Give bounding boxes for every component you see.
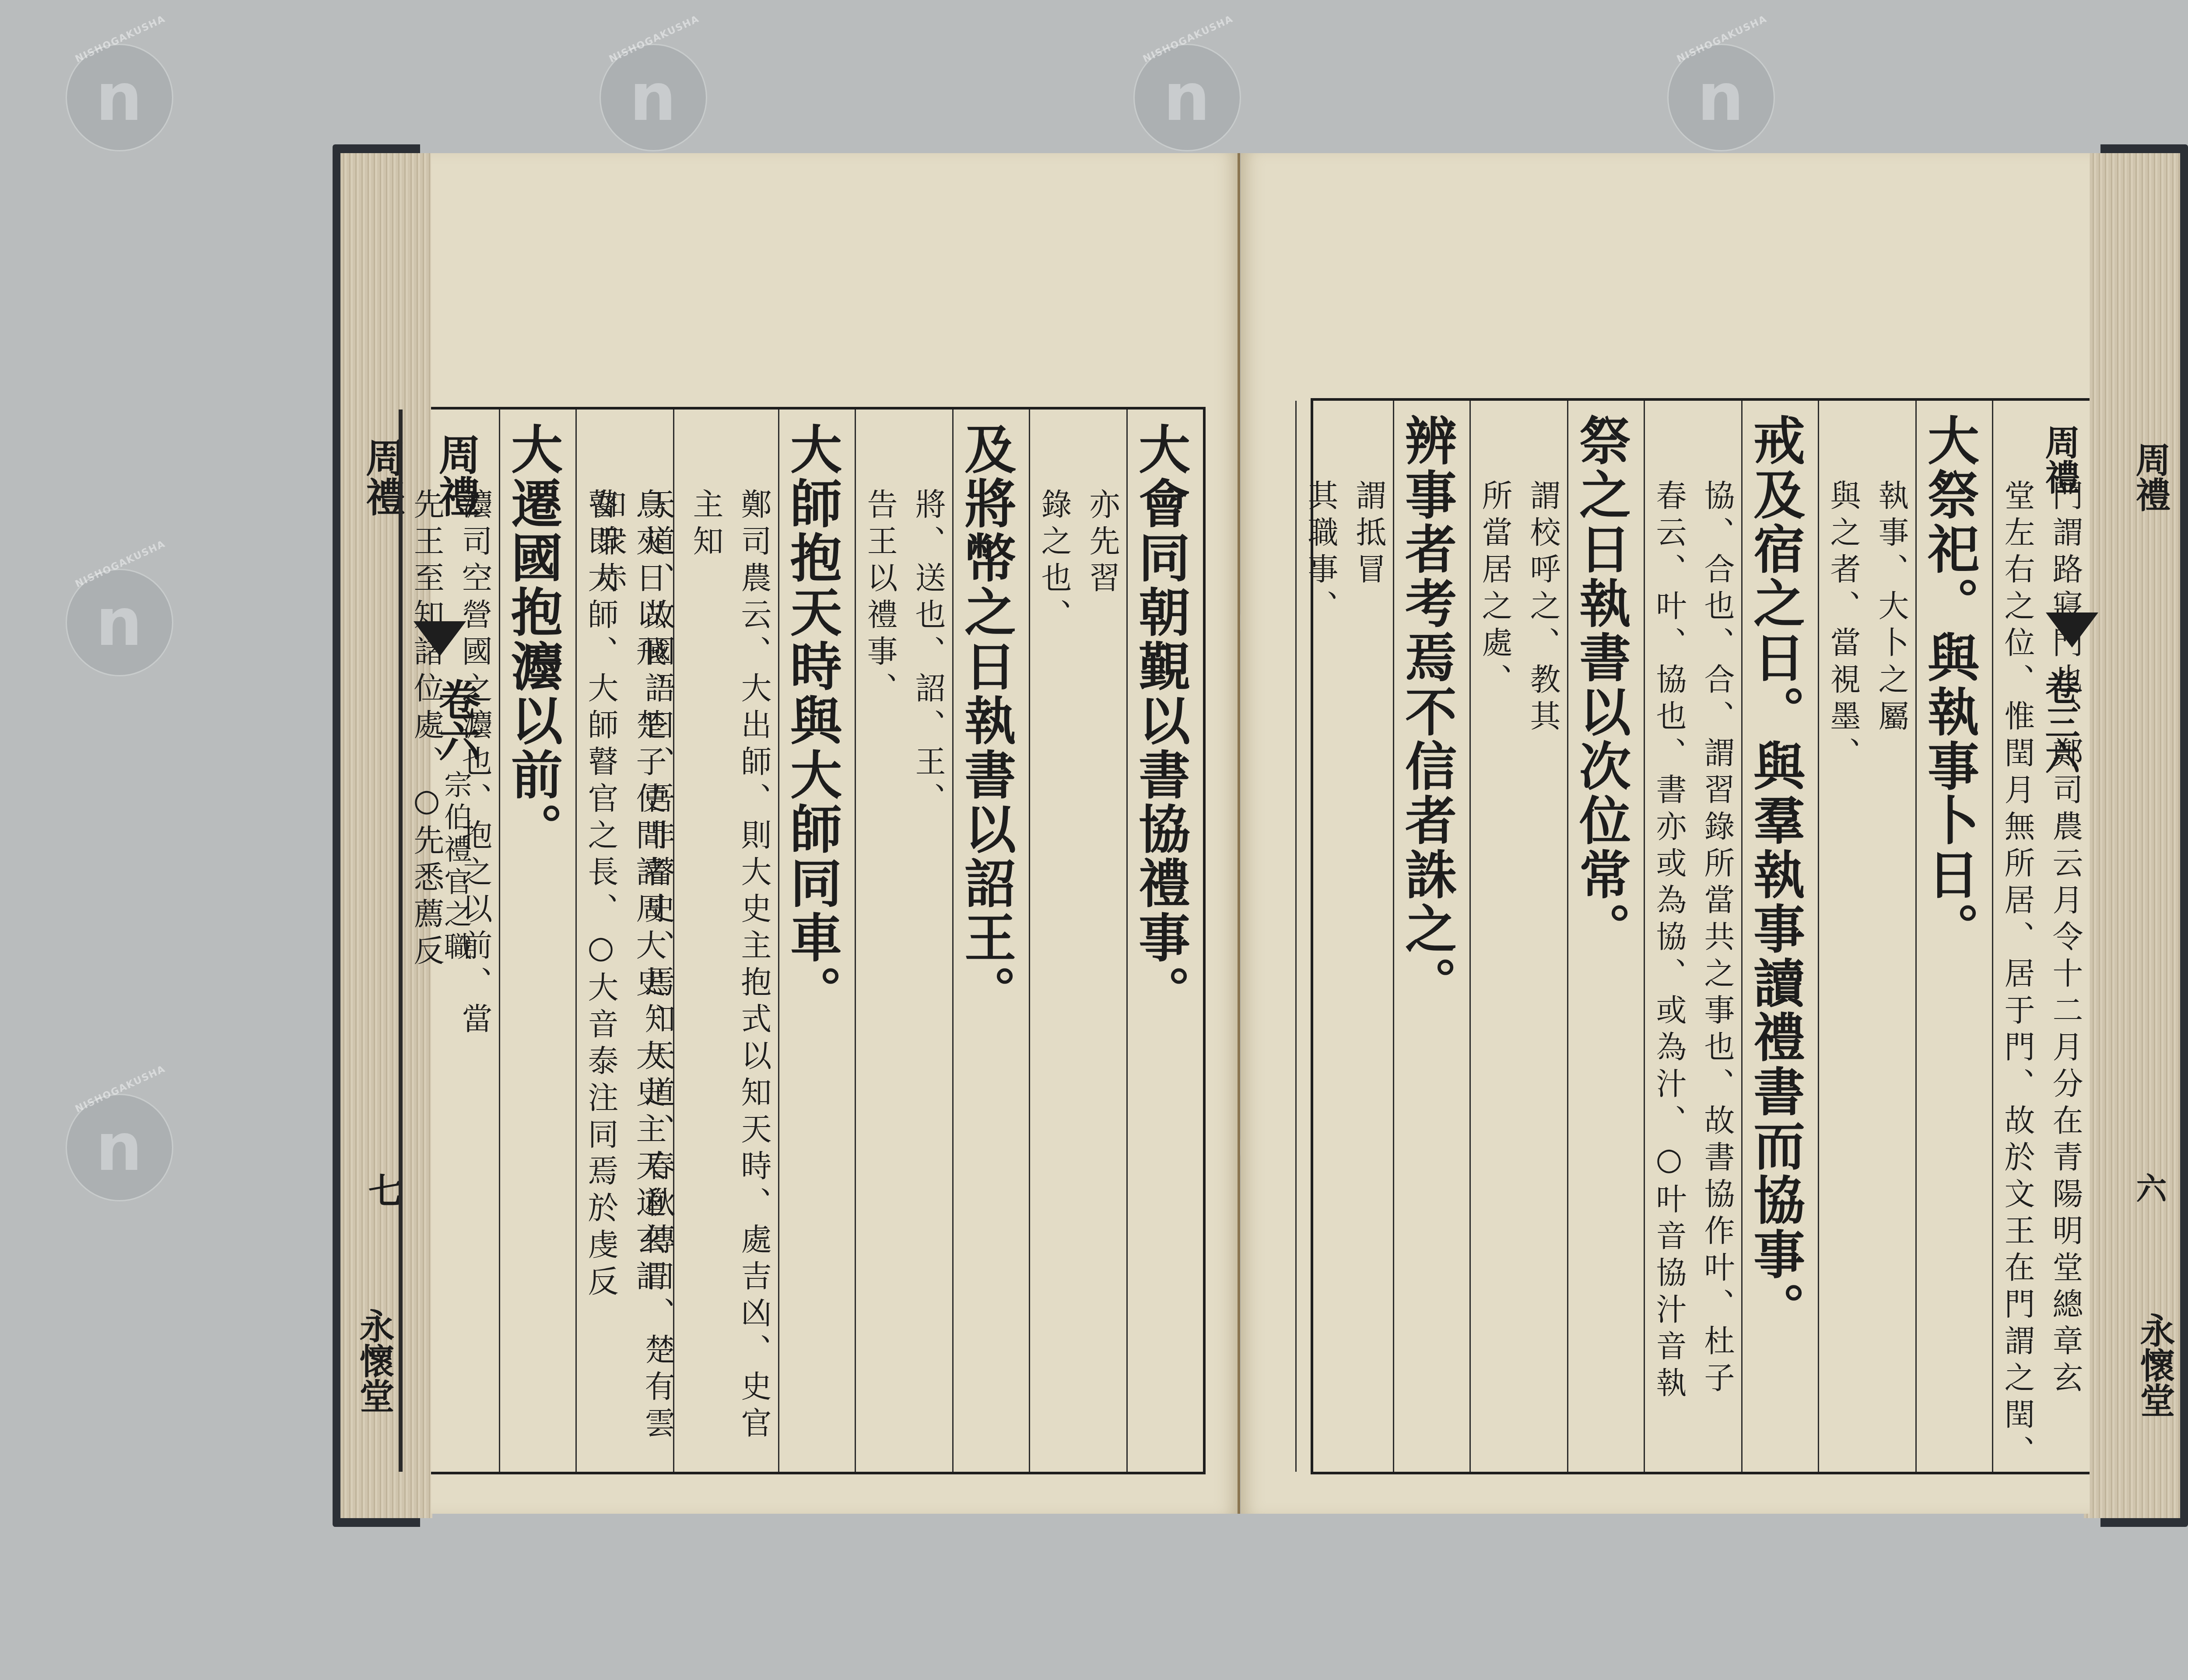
main-text-column: 祭之日執書以次位常。 <box>1567 401 1644 1472</box>
commentary-column: 協、合也、合、謂習錄所當共之事也、故書協作叶、杜子春云、叶、協也、書亦或為協、或… <box>1644 401 1741 1472</box>
left-page: 大會同朝覲以書協禮事。亦先習錄之也、及將幣之日執書以詔王。將、送也、詔、王、告王… <box>431 153 1238 1514</box>
commentary-line: 與之者、當視墨、 <box>1819 479 1867 1472</box>
main-text-column: 及將幣之日執書以詔王。 <box>952 409 1029 1472</box>
book-gutter <box>1238 153 1240 1514</box>
open-book: 周禮 七 永懷堂 周禮 六 永懷堂 大會同朝覲以書協禮事。亦先習錄之也、及將幣之… <box>333 144 2188 1527</box>
commentary-text: 將、送也、詔、王、告王以禮事、 <box>856 423 952 1472</box>
commentary-line: 春云、叶、協也、書亦或為協、或為汁、○叶音協汁音執 <box>1645 479 1693 1472</box>
fishtail-mark-icon <box>414 621 466 656</box>
commentary-text: 亦先習錄之也、 <box>1030 423 1126 1472</box>
nishogakusha-logo-icon: NISHOGAKUSHAn <box>1133 44 1241 151</box>
commentary-text: 鳥夾日以飛、楚子使問諸周大史、大史主天道玄謂瞽即大師、大師瞽官之長、○大音泰注同… <box>577 423 673 1472</box>
commentary-line: 執事、大卜之屬 <box>1867 479 1915 1472</box>
main-text-column: 大師抱天時與大師同車。 <box>778 409 855 1472</box>
left-banxin-section: 宗伯禮官之職 <box>435 770 476 964</box>
commentary-line: 鳥夾日以飛、楚子使問諸周大史、大史主天道玄謂 <box>625 488 673 1472</box>
page-stack-right: 周禮 六 永懷堂 <box>2084 153 2180 1518</box>
commentary-column: 亦先習錄之也、 <box>1029 409 1126 1472</box>
commentary-line: 謂抵冒 <box>1345 479 1393 1472</box>
commentary-line: 謂校呼之、教其 <box>1519 479 1567 1472</box>
left-banxin-juan: 卷六 <box>427 678 487 762</box>
commentary-line: 堂左右之位、惟閏月無所居、居于門、故於文王在門謂之閏、 <box>1993 479 2041 1472</box>
commentary-text: 謂校呼之、教其所當居之處、 <box>1471 414 1567 1472</box>
commentary-text: 門謂路寢門也、鄭司農云月令十二月分在青陽明堂總章玄堂左右之位、惟閏月無所居、居于… <box>1993 414 2090 1472</box>
commentary-line: 其職事、 <box>1297 479 1345 1472</box>
left-banxin-title: 周禮 <box>427 433 487 517</box>
main-text-column: 大會同朝覲以書協禮事。 <box>1126 409 1203 1472</box>
nishogakusha-logo-icon: NISHOGAKUSHAn <box>66 1094 173 1201</box>
right-banxin-title: 周禮 <box>2035 424 2085 494</box>
blank-column <box>400 409 401 1472</box>
commentary-text: 協、合也、合、謂習錄所當共之事也、故書協作叶、杜子春云、叶、協也、書亦或為協、或… <box>1645 414 1741 1472</box>
commentary-column: 謂校呼之、教其所當居之處、 <box>1469 401 1567 1472</box>
commentary-text: 執事、大卜之屬與之者、當視墨、 <box>1819 414 1915 1472</box>
left-page-frame: 大會同朝覲以書協禮事。亦先習錄之也、及將幣之日執書以詔王。將、送也、詔、王、告王… <box>431 407 1206 1474</box>
commentary-column: 鄭司農云、大出師、則大史主抱式以知天時、處吉凶、史官主知天道、故國語曰、吾非瞽史… <box>673 409 778 1472</box>
commentary-column: 門謂路寢門也、鄭司農云月令十二月分在青陽明堂總章玄堂左右之位、惟閏月無所居、居于… <box>1992 401 2090 1472</box>
fore-edge-page-number-right: 六 <box>2127 1172 2171 1203</box>
nishogakusha-logo-icon: NISHOGAKUSHAn <box>600 44 707 151</box>
commentary-line: 錄之也、 <box>1030 488 1078 1472</box>
left-page-columns: 大會同朝覲以書協禮事。亦先習錄之也、及將幣之日執書以詔王。將、送也、詔、王、告王… <box>431 409 1203 1472</box>
commentary-line: 協、合也、合、謂習錄所當共之事也、故書協作叶、杜子 <box>1693 479 1741 1472</box>
commentary-column: 將、送也、詔、王、告王以禮事、 <box>855 409 952 1472</box>
right-banxin-juan: 卷三六 <box>2035 669 2085 774</box>
commentary-line: 瞽即大師、大師瞽官之長、○大音泰注同焉於虔反 <box>577 488 625 1472</box>
main-text-column: 戒及宿之日。與羣執事讀禮書而協事。 <box>1741 401 1818 1472</box>
commentary-line: 告王以禮事、 <box>856 488 904 1472</box>
commentary-line: 所當居之處、 <box>1471 479 1519 1472</box>
commentary-column: 執事、大卜之屬與之者、當視墨、 <box>1818 401 1915 1472</box>
blank-column <box>399 409 400 1472</box>
fore-edge-publisher-right: 永懷堂 <box>2130 1312 2180 1417</box>
fishtail-mark-icon <box>2046 612 2098 647</box>
commentary-line: 亦先習 <box>1078 488 1126 1472</box>
nishogakusha-logo-icon: NISHOGAKUSHAn <box>66 44 173 151</box>
commentary-line: 將、送也、詔、王、 <box>904 488 952 1472</box>
commentary-text: 謂抵冒其職事、 <box>1297 414 1393 1472</box>
right-page: 門謂路寢門也、鄭司農云月令十二月分在青陽明堂總章玄堂左右之位、惟閏月無所居、居于… <box>1241 153 2090 1514</box>
commentary-column: 鳥夾日以飛、楚子使問諸周大史、大史主天道玄謂瞽即大師、大師瞽官之長、○大音泰注同… <box>575 409 673 1472</box>
fore-edge-title-right: 周禮 <box>2125 442 2176 512</box>
main-text-column: 大祭祀。與執事卜日。 <box>1915 401 1992 1472</box>
main-text-column: 大遷國抱灋以前。 <box>499 409 575 1472</box>
right-page-frame: 門謂路寢門也、鄭司農云月令十二月分在青陽明堂總章玄堂左右之位、惟閏月無所居、居于… <box>1311 398 2090 1474</box>
right-page-columns: 門謂路寢門也、鄭司農云月令十二月分在青陽明堂總章玄堂左右之位、惟閏月無所居、居于… <box>1313 401 2090 1472</box>
nishogakusha-logo-icon: NISHOGAKUSHAn <box>66 569 173 676</box>
main-text-column: 辨事者考焉不信者誅之。 <box>1393 401 1469 1472</box>
nishogakusha-logo-icon: NISHOGAKUSHAn <box>1667 44 1775 151</box>
commentary-column: 謂抵冒其職事、 <box>1295 401 1393 1472</box>
commentary-line: 鄭司農云、大出師、則大史主抱式以知天時、處吉凶、史官主知 <box>682 488 778 1472</box>
fore-edge-publisher-left: 永懷堂 <box>349 1308 400 1413</box>
